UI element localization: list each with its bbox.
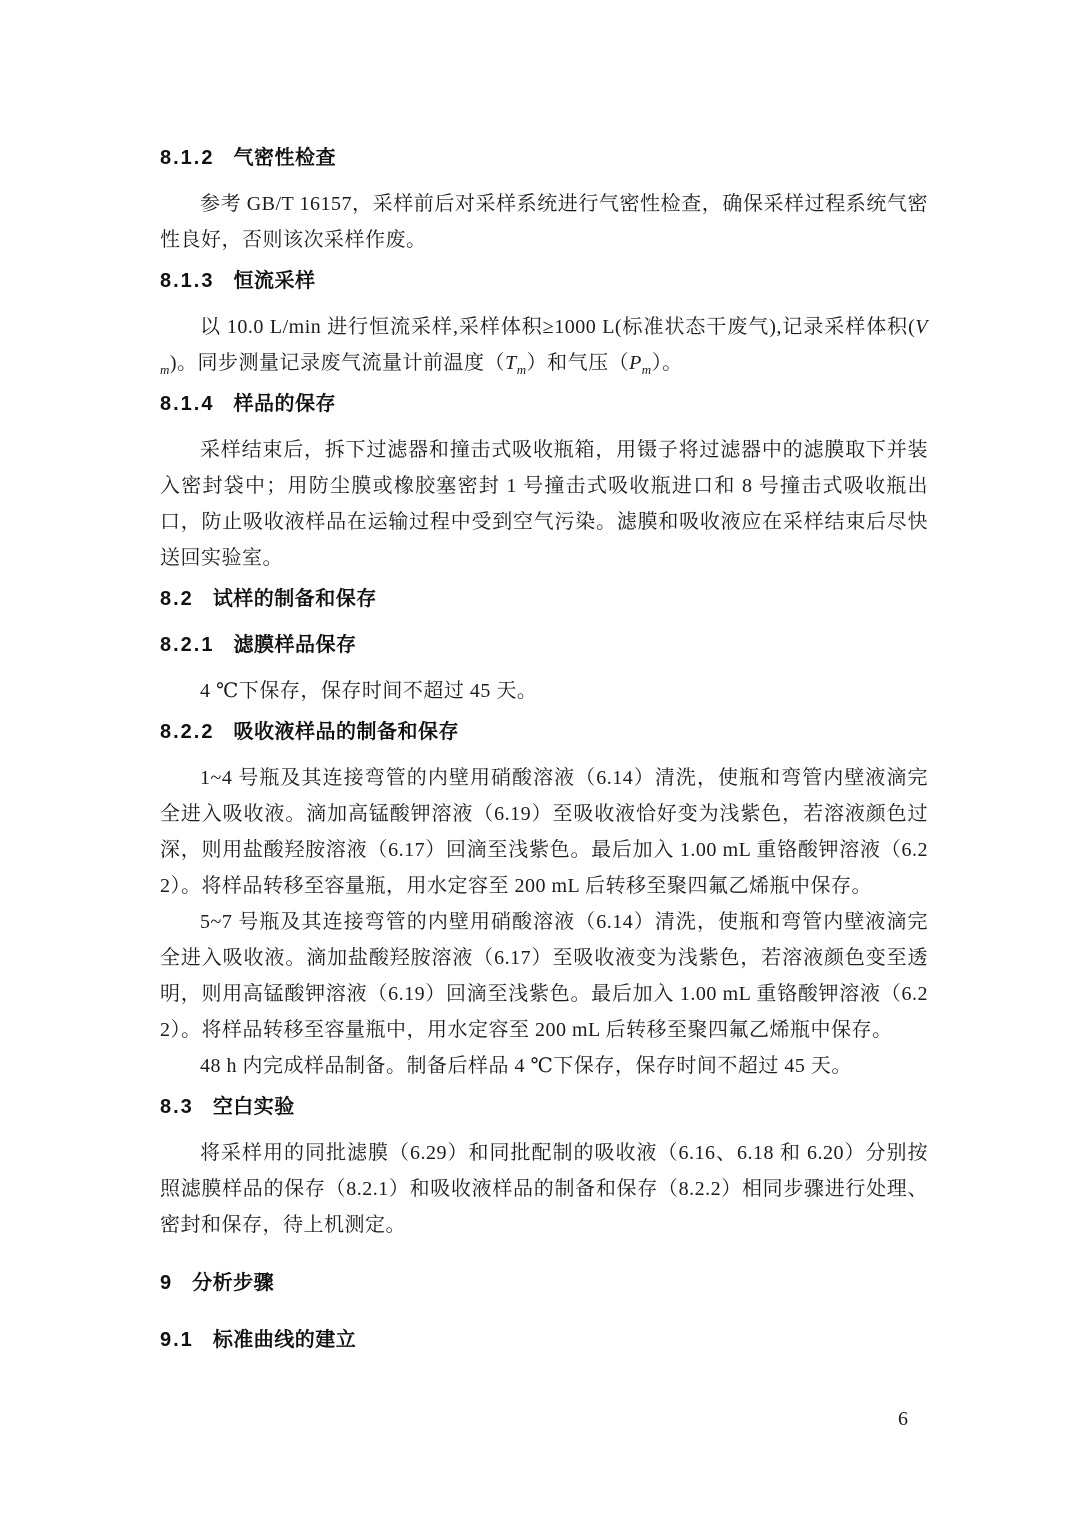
variable-Tm: Tm <box>505 352 527 374</box>
heading-title: 空白实验 <box>213 1096 295 1118</box>
heading-number: 9 <box>160 1265 173 1301</box>
heading-title: 吸收液样品的制备和保存 <box>233 721 459 743</box>
variable-base: P <box>629 352 642 374</box>
document-content: 8.1.2气密性检查 参考 GB/T 16157，采样前后对采样系统进行气密性检… <box>160 0 928 1368</box>
heading-number: 8.1.3 <box>160 263 214 299</box>
page-number: 6 <box>898 1408 908 1431</box>
paragraph-absorption-bottles-5-7: 5~7 号瓶及其连接弯管的内壁用硝酸溶液（6.14）清洗，使瓶和弯管内壁液滴完全… <box>160 904 928 1048</box>
heading-8-2-2: 8.2.2吸收液样品的制备和保存 <box>160 714 928 750</box>
heading-8-3: 8.3空白实验 <box>160 1089 928 1125</box>
heading-8-2: 8.2试样的制备和保存 <box>160 581 928 617</box>
variable-base: V <box>915 316 928 338</box>
paragraph-filter-storage: 4 ℃下保存，保存时间不超过 45 天。 <box>160 673 928 709</box>
variable-base: T <box>505 352 517 374</box>
paragraph-sample-preservation: 采样结束后，拆下过滤器和撞击式吸收瓶箱，用镊子将过滤器中的滤膜取下并装入密封袋中… <box>160 432 928 576</box>
heading-title: 气密性检查 <box>233 147 336 169</box>
heading-title: 滤膜样品保存 <box>233 634 356 656</box>
paragraph-48h-preparation: 48 h 内完成样品制备。制备后样品 4 ℃下保存，保存时间不超过 45 天。 <box>160 1048 928 1084</box>
heading-9: 9分析步骤 <box>160 1265 928 1301</box>
document-page: 8.1.2气密性检查 参考 GB/T 16157，采样前后对采样系统进行气密性检… <box>0 0 1080 1527</box>
variable-subscript: m <box>160 362 170 377</box>
text-run: 以 10.0 L/min 进行恒流采样,采样体积≥1000 L(标准状态干废气)… <box>200 316 915 338</box>
heading-number: 8.2 <box>160 581 194 617</box>
heading-title: 分析步骤 <box>192 1272 274 1294</box>
heading-9-1: 9.1标准曲线的建立 <box>160 1322 928 1358</box>
heading-number: 8.2.2 <box>160 714 214 750</box>
variable-subscript: m <box>642 362 652 377</box>
variable-subscript: m <box>517 362 527 377</box>
variable-Pm: Pm <box>629 352 652 374</box>
paragraph-blank-experiment: 将采样用的同批滤膜（6.29）和同批配制的吸收液（6.16、6.18 和 6.2… <box>160 1135 928 1243</box>
text-run: ）和气压（ <box>527 352 630 374</box>
heading-title: 试样的制备和保存 <box>213 588 377 610</box>
text-run: ）。 <box>652 352 683 374</box>
heading-8-2-1: 8.2.1滤膜样品保存 <box>160 627 928 663</box>
heading-title: 恒流采样 <box>233 270 315 292</box>
text-run: )。同步测量记录废气流量计前温度（ <box>170 352 505 374</box>
heading-title: 标准曲线的建立 <box>213 1329 357 1351</box>
heading-number: 9.1 <box>160 1322 194 1358</box>
heading-8-1-4: 8.1.4样品的保存 <box>160 386 928 422</box>
heading-number: 8.3 <box>160 1089 194 1125</box>
paragraph-airtightness-check: 参考 GB/T 16157，采样前后对采样系统进行气密性检查，确保采样过程系统气… <box>160 186 928 258</box>
heading-number: 8.1.2 <box>160 140 214 176</box>
paragraph-absorption-bottles-1-4: 1~4 号瓶及其连接弯管的内壁用硝酸溶液（6.14）清洗，使瓶和弯管内壁液滴完全… <box>160 760 928 904</box>
heading-number: 8.1.4 <box>160 386 214 422</box>
heading-8-1-3: 8.1.3恒流采样 <box>160 263 928 299</box>
paragraph-constant-flow-sampling: 以 10.0 L/min 进行恒流采样,采样体积≥1000 L(标准状态干废气)… <box>160 309 928 381</box>
heading-title: 样品的保存 <box>233 393 336 415</box>
heading-8-1-2: 8.1.2气密性检查 <box>160 140 928 176</box>
heading-number: 8.2.1 <box>160 627 214 663</box>
